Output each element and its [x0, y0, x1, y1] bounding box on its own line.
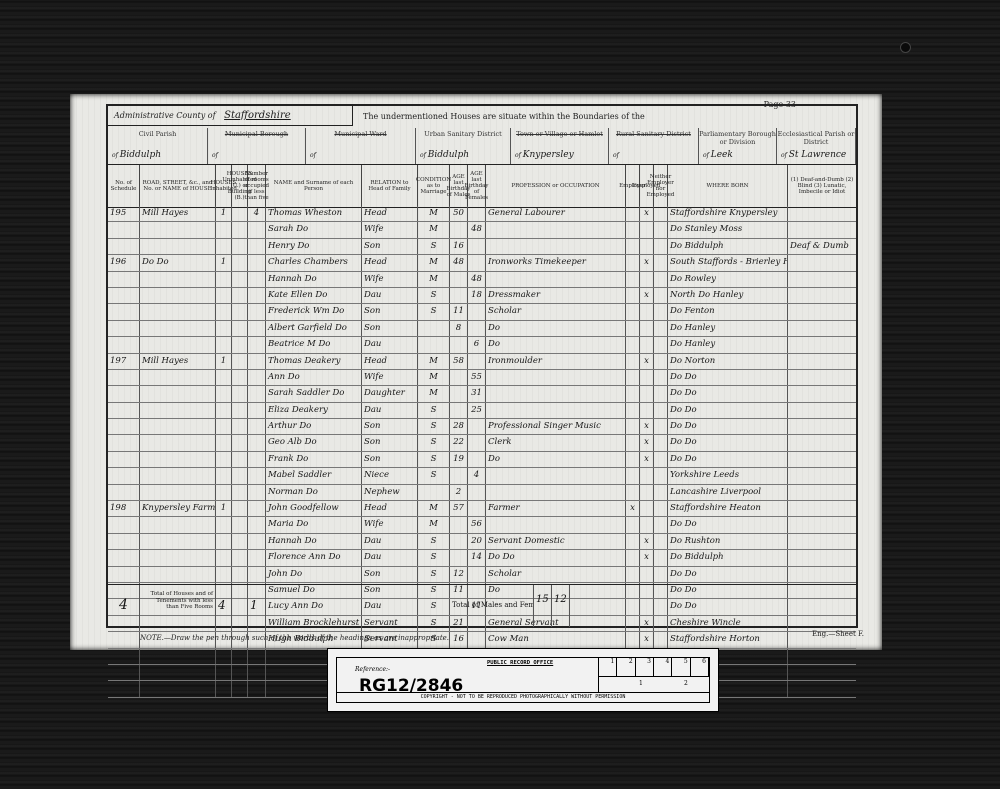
cell-age_m [450, 517, 468, 532]
cell-age_m [450, 370, 468, 385]
cell-neither [654, 272, 668, 287]
cell-rooms [248, 501, 266, 516]
cell-age_f: 48 [468, 222, 486, 237]
table-row: 197Mill Hayes1Thomas DeakeryHeadM58Ironm… [108, 354, 856, 370]
cell-born: Staffordshire Horton [668, 632, 788, 647]
cell-born: Do Rushton [668, 534, 788, 549]
district-4: Town or Village or HamletKnypersley [511, 128, 609, 164]
ruler-mark: 1 [639, 680, 643, 687]
cell-relation: Head [362, 501, 418, 516]
reference-label: Reference:- [355, 666, 390, 673]
cell-employer [626, 386, 640, 401]
cell-employed [640, 485, 654, 500]
copyright-notice: COPYRIGHT - NOT TO BE REPRODUCED PHOTOGR… [337, 692, 709, 702]
cell-name: Charles Chambers [266, 255, 362, 270]
cell-inhabited [216, 534, 232, 549]
cell-uninhabited [232, 435, 248, 450]
cell-age_f [468, 567, 486, 582]
cell-employed [640, 386, 654, 401]
cell-infirmity [788, 419, 856, 434]
totals-row: 4 Total of Houses and of Tenements with … [108, 584, 856, 627]
cell-infirmity [788, 534, 856, 549]
cell-infirmity [788, 665, 856, 680]
cell-occupation: Do [486, 321, 626, 336]
cell-uninhabited [232, 681, 248, 696]
cell-age_m [450, 386, 468, 401]
cell-inhabited [216, 681, 232, 696]
intro-text: The undermentioned Houses are situate wi… [363, 112, 645, 121]
cell-employer [626, 272, 640, 287]
cell-neither [654, 501, 668, 516]
cell-age_f: 55 [468, 370, 486, 385]
cell-name: Thomas Deakery [266, 354, 362, 369]
cell-relation: Daughter [362, 386, 418, 401]
cell-occupation: General Labourer [486, 206, 626, 221]
cell-address [140, 468, 216, 483]
cell-born: Do Do [668, 567, 788, 582]
cell-age_f [468, 304, 486, 319]
cell-occupation: Ironworks Timekeeper [486, 255, 626, 270]
cell-rooms [248, 649, 266, 664]
cell-employer [626, 534, 640, 549]
cell-employed [640, 370, 654, 385]
cell-name: Sarah Saddler Do [266, 386, 362, 401]
cell-age_f [468, 321, 486, 336]
cell-employer [626, 288, 640, 303]
cell-employed [640, 468, 654, 483]
district-3: Urban Sanitary DistrictBiddulph [416, 128, 511, 164]
cell-occupation [486, 403, 626, 418]
cell-name: Geo Alb Do [266, 435, 362, 450]
cell-address [140, 485, 216, 500]
cell-condition: S [418, 468, 450, 483]
cell-age_f [468, 632, 486, 647]
cell-age_m: 28 [450, 419, 468, 434]
cell-name: John Goodfellow [266, 501, 362, 516]
column-header-7: RELATION to Head of Family [362, 165, 418, 207]
column-header-5: Number of rooms occupied if less than fi… [248, 165, 266, 207]
cell-age_f [468, 419, 486, 434]
district-1: Municipal Borough [208, 128, 306, 164]
cell-relation: Dau [362, 403, 418, 418]
cell-age_m: 8 [450, 321, 468, 336]
cell-neither [654, 403, 668, 418]
cell-address [140, 517, 216, 532]
cell-employer [626, 403, 640, 418]
cell-born: Do Do [668, 435, 788, 450]
cell-relation: Wife [362, 517, 418, 532]
cell-uninhabited [232, 517, 248, 532]
cell-occupation: Do [486, 452, 626, 467]
district-row: Civil ParishBiddulphMunicipal BoroughMun… [108, 128, 856, 164]
cell-relation: Nephew [362, 485, 418, 500]
cell-born: Yorkshire Leeds [668, 468, 788, 483]
total-rooms: 1 [248, 585, 266, 627]
cell-neither [654, 517, 668, 532]
cell-age_m: 16 [450, 239, 468, 254]
table-row: Beatrice M DoDau6DoDo Hanley [108, 337, 856, 353]
district-7: Ecclesiastical Parish or DistrictSt Lawr… [777, 128, 856, 164]
table-row: Eliza DeakeryDauS25Do Do [108, 403, 856, 419]
cell-employed [640, 239, 654, 254]
cell-employed [640, 272, 654, 287]
cell-neither [654, 288, 668, 303]
cell-neither [654, 370, 668, 385]
cell-infirmity [788, 354, 856, 369]
cell-rooms [248, 665, 266, 680]
cell-employed: x [640, 255, 654, 270]
cell-uninhabited [232, 485, 248, 500]
footnote: NOTE.—Draw the pen through such of the w… [140, 634, 449, 642]
cell-infirmity [788, 337, 856, 352]
cell-born: Staffordshire Knypersley [668, 206, 788, 221]
cell-age_f: 25 [468, 403, 486, 418]
cell-employer [626, 550, 640, 565]
page-label: Page 33 [764, 100, 796, 109]
cell-condition [418, 321, 450, 336]
cell-schedule [108, 337, 140, 352]
cell-employed [640, 321, 654, 336]
cell-address [140, 321, 216, 336]
cell-age_m [450, 222, 468, 237]
cell-address [140, 665, 216, 680]
cell-age_m [450, 468, 468, 483]
cell-schedule [108, 386, 140, 401]
cell-name: Arthur Do [266, 419, 362, 434]
cell-inhabited [216, 386, 232, 401]
cell-born: Do Do [668, 370, 788, 385]
cell-schedule [108, 370, 140, 385]
cell-name: Hannah Do [266, 272, 362, 287]
cell-employer [626, 337, 640, 352]
cell-name: Florence Ann Do [266, 550, 362, 565]
cell-age_f: 20 [468, 534, 486, 549]
cell-infirmity [788, 288, 856, 303]
cell-schedule [108, 435, 140, 450]
cell-address [140, 304, 216, 319]
cell-employed [640, 304, 654, 319]
ruler-mark: 6 [691, 658, 709, 676]
cell-infirmity [788, 550, 856, 565]
cell-schedule [108, 403, 140, 418]
cell-schedule [108, 681, 140, 696]
cell-relation: Son [362, 452, 418, 467]
cell-relation: Son [362, 419, 418, 434]
cell-infirmity: Deaf & Dumb [788, 239, 856, 254]
district-5: Rural Sanitary District [609, 128, 699, 164]
district-0: Civil ParishBiddulph [108, 128, 208, 164]
cell-occupation [486, 468, 626, 483]
cell-neither [654, 567, 668, 582]
cell-rooms [248, 255, 266, 270]
cell-age_m: 57 [450, 501, 468, 516]
cell-name: Thomas Wheston [266, 206, 362, 221]
cell-condition: S [418, 550, 450, 565]
cell-occupation [486, 386, 626, 401]
cell-schedule [108, 288, 140, 303]
column-headers: No. of ScheduleROAD, STREET, &c., and No… [108, 164, 856, 208]
cell-schedule [108, 419, 140, 434]
cell-inhabited [216, 419, 232, 434]
cell-born: Do Fenton [668, 304, 788, 319]
cell-uninhabited [232, 222, 248, 237]
cell-uninhabited [232, 501, 248, 516]
cell-born: Do Norton [668, 354, 788, 369]
cell-occupation: Clerk [486, 435, 626, 450]
table-row: Geo Alb DoSonS22ClerkxDo Do [108, 435, 856, 451]
cell-name: Henry Do [266, 239, 362, 254]
reference-card: PUBLIC RECORD OFFICE Reference:- RG12/28… [327, 648, 719, 712]
cell-schedule [108, 534, 140, 549]
cell-rooms [248, 681, 266, 696]
column-header-14: Neither Employer nor Employed [654, 165, 668, 207]
cell-uninhabited [232, 403, 248, 418]
cell-age_f: 4 [468, 468, 486, 483]
cell-neither [654, 206, 668, 221]
cell-relation: Niece [362, 468, 418, 483]
cell-name: Frank Do [266, 452, 362, 467]
table-row: Frederick Wm DoSonS11ScholarDo Fenton [108, 304, 856, 320]
cell-inhabited [216, 468, 232, 483]
cell-name: Eliza Deakery [266, 403, 362, 418]
cell-relation: Son [362, 567, 418, 582]
table-row: Hannah DoDauS20Servant DomesticxDo Rusht… [108, 534, 856, 550]
cell-address: Knypersley Farm [140, 501, 216, 516]
district-2: Municipal Ward [306, 128, 416, 164]
cell-condition [418, 337, 450, 352]
cell-neither [654, 485, 668, 500]
cell-inhabited: 1 [216, 255, 232, 270]
cell-employed: x [640, 206, 654, 221]
cell-rooms [248, 567, 266, 582]
table-row: Hannah DoWifeM48Do Rowley [108, 272, 856, 288]
cell-relation: Dau [362, 550, 418, 565]
cell-uninhabited [232, 239, 248, 254]
cell-inhabited [216, 665, 232, 680]
cell-rooms [248, 550, 266, 565]
cell-age_m: 22 [450, 435, 468, 450]
cell-employed: x [640, 632, 654, 647]
cell-age_m [450, 403, 468, 418]
cell-condition: S [418, 304, 450, 319]
cell-rooms [248, 370, 266, 385]
cell-inhabited [216, 403, 232, 418]
cell-employed [640, 222, 654, 237]
cell-address [140, 239, 216, 254]
cell-employed: x [640, 419, 654, 434]
cell-uninhabited [232, 354, 248, 369]
cell-uninhabited [232, 206, 248, 221]
cell-infirmity [788, 272, 856, 287]
cell-infirmity [788, 567, 856, 582]
cell-rooms [248, 239, 266, 254]
cell-rooms [248, 272, 266, 287]
cell-occupation: Scholar [486, 567, 626, 582]
cell-employer [626, 632, 640, 647]
ruler-mark: 1 [599, 658, 617, 676]
cell-schedule [108, 304, 140, 319]
cell-occupation [486, 517, 626, 532]
cell-employed: x [640, 452, 654, 467]
cell-neither [654, 435, 668, 450]
cell-condition [418, 485, 450, 500]
cell-relation: Son [362, 304, 418, 319]
cell-rooms [248, 321, 266, 336]
cell-address [140, 534, 216, 549]
cell-neither [654, 239, 668, 254]
cell-name: Maria Do [266, 517, 362, 532]
cell-age_f [468, 354, 486, 369]
cell-address [140, 272, 216, 287]
cell-uninhabited [232, 370, 248, 385]
cell-neither [654, 321, 668, 336]
cell-employer [626, 354, 640, 369]
cell-employed: x [640, 435, 654, 450]
cell-occupation: Farmer [486, 501, 626, 516]
cell-born: Do Stanley Moss [668, 222, 788, 237]
total-males: 15 [534, 585, 552, 627]
ruler-mark: 2 [617, 658, 635, 676]
cell-occupation: Servant Domestic [486, 534, 626, 549]
cell-inhabited [216, 222, 232, 237]
cell-employer [626, 452, 640, 467]
table-row: Kate Ellen DoDauS18DressmakerxNorth Do H… [108, 288, 856, 304]
cell-occupation [486, 222, 626, 237]
cell-age_m: 11 [450, 304, 468, 319]
cell-uninhabited [232, 288, 248, 303]
cell-employed [640, 501, 654, 516]
cell-born: Do Do [668, 403, 788, 418]
persons-total-label: Total of Males and Females.. [450, 585, 534, 627]
column-header-8: CONDITION as to Marriage [418, 165, 450, 207]
cell-rooms [248, 452, 266, 467]
cell-infirmity [788, 649, 856, 664]
cell-inhabited: 1 [216, 206, 232, 221]
cell-rooms [248, 534, 266, 549]
cell-neither [654, 255, 668, 270]
cell-relation: Wife [362, 222, 418, 237]
cell-rooms [248, 485, 266, 500]
cell-uninhabited [232, 452, 248, 467]
cell-inhabited [216, 567, 232, 582]
cell-name: Mabel Saddler [266, 468, 362, 483]
cell-age_f [468, 255, 486, 270]
cell-address [140, 288, 216, 303]
cell-employed: x [640, 534, 654, 549]
cell-inhabited [216, 370, 232, 385]
cell-infirmity [788, 435, 856, 450]
column-header-16: (1) Deaf-and-Dumb (2) Blind (3) Lunatic,… [788, 165, 856, 207]
cell-age_m: 12 [450, 567, 468, 582]
column-header-15: WHERE BORN [668, 165, 788, 207]
cell-employer [626, 435, 640, 450]
cell-age_f: 14 [468, 550, 486, 565]
cell-occupation: Ironmoulder [486, 354, 626, 369]
cell-address [140, 435, 216, 450]
cell-born: Do Hanley [668, 337, 788, 352]
total-houses: 4 [216, 585, 232, 627]
cell-uninhabited [232, 550, 248, 565]
cell-employer: x [626, 501, 640, 516]
cell-inhabited: 1 [216, 354, 232, 369]
cell-condition: M [418, 354, 450, 369]
cell-condition: S [418, 534, 450, 549]
cell-employer [626, 567, 640, 582]
cell-born: Staffordshire Heaton [668, 501, 788, 516]
cell-schedule [108, 567, 140, 582]
cell-employer [626, 304, 640, 319]
cell-neither [654, 468, 668, 483]
cell-occupation [486, 272, 626, 287]
cell-uninhabited [232, 534, 248, 549]
cell-born: Lancashire Liverpool [668, 485, 788, 500]
cell-occupation [486, 370, 626, 385]
cell-occupation [486, 485, 626, 500]
cell-name: Beatrice M Do [266, 337, 362, 352]
cell-address [140, 337, 216, 352]
cell-condition: M [418, 517, 450, 532]
cell-occupation: Do Do [486, 550, 626, 565]
table-row: Arthur DoSonS28Professional Singer Music… [108, 419, 856, 435]
cell-age_m: 48 [450, 255, 468, 270]
cell-age_f: 48 [468, 272, 486, 287]
cell-relation: Head [362, 206, 418, 221]
table-row: Ann DoWifeM55Do Do [108, 370, 856, 386]
cell-schedule [108, 485, 140, 500]
cell-age_f [468, 485, 486, 500]
scale-ruler: 123456 12 [598, 658, 709, 693]
cell-employer [626, 239, 640, 254]
column-header-10: AGE last Birthday of Females [468, 165, 486, 207]
cell-rooms [248, 354, 266, 369]
cell-rooms [248, 386, 266, 401]
cell-uninhabited [232, 468, 248, 483]
cell-occupation: Cow Man [486, 632, 626, 647]
cell-infirmity [788, 386, 856, 401]
table-row: Mabel SaddlerNieceS4Yorkshire Leeds [108, 468, 856, 484]
cell-schedule [108, 649, 140, 664]
cell-schedule [108, 321, 140, 336]
cell-schedule [108, 517, 140, 532]
cell-uninhabited [232, 321, 248, 336]
cell-relation: Son [362, 239, 418, 254]
cell-address: Mill Hayes [140, 206, 216, 221]
cell-relation: Dau [362, 288, 418, 303]
cell-rooms [248, 517, 266, 532]
cell-occupation: Scholar [486, 304, 626, 319]
cell-relation: Wife [362, 272, 418, 287]
cell-name: Sarah Do [266, 222, 362, 237]
cell-employed: x [640, 288, 654, 303]
cell-inhabited [216, 517, 232, 532]
cell-inhabited [216, 550, 232, 565]
cell-neither [654, 337, 668, 352]
cell-age_m [450, 337, 468, 352]
cell-age_f: 56 [468, 517, 486, 532]
cell-relation: Son [362, 435, 418, 450]
cell-occupation: Do [486, 337, 626, 352]
district-6: Parliamentary Borough or DivisionLeek [699, 128, 777, 164]
cell-address [140, 370, 216, 385]
cell-uninhabited [232, 386, 248, 401]
cell-age_f [468, 501, 486, 516]
cell-employed: x [640, 354, 654, 369]
cell-condition: S [418, 435, 450, 450]
cell-employed [640, 337, 654, 352]
cell-condition: S [418, 452, 450, 467]
cell-address [140, 222, 216, 237]
cell-address [140, 567, 216, 582]
